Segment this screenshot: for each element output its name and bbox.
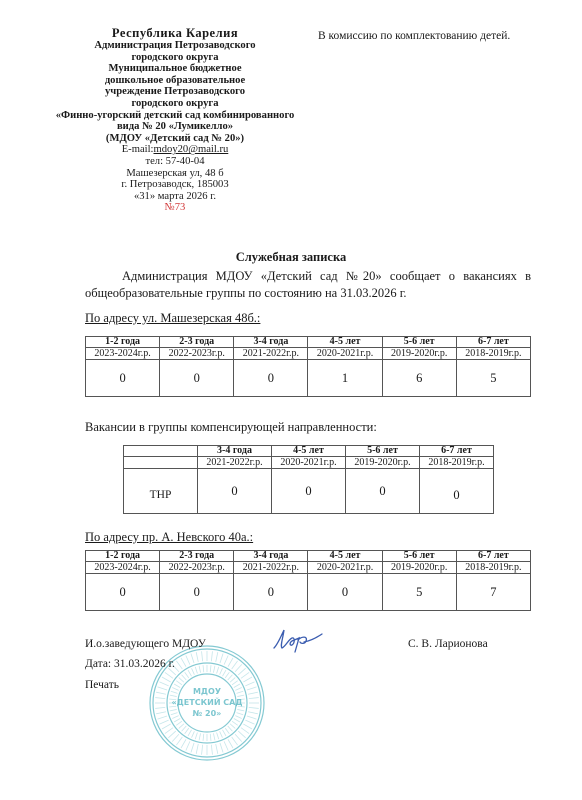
birth-year-header: 2021-2022г.р. [198,457,272,469]
age-group-header: 4-5 лет [272,446,346,457]
birth-year-header: 2020-2021г.р. [272,457,346,469]
birth-year-header: 2022-2023г.р. [160,562,234,574]
letterhead-line: вида № 20 «Лумикелло» [40,121,310,133]
vacancy-count: 0 [86,360,160,397]
vacancy-count: 5 [456,360,530,397]
age-group-header: 2-3 года [160,337,234,348]
letterhead-city: г. Петрозаводск, 185003 [40,179,310,191]
compensatory-groups-heading: Вакансии в группы компенсирующей направл… [85,420,377,435]
letterhead-line: (МДОУ «Детский сад № 20») [40,133,310,145]
letterhead: Республика Карелия Администрация Петроза… [40,27,310,214]
vacancy-count: 0 [160,360,234,397]
letterhead-line: городского округа [40,98,310,110]
vacancy-count: 0 [160,574,234,611]
vacancy-count: 1 [308,360,382,397]
age-group-header: 4-5 лет [308,337,382,348]
age-group-header: 3-4 года [234,551,308,562]
age-group-header: 3-4 года [234,337,308,348]
birth-year-header: 2020-2021г.р. [308,562,382,574]
birth-year-header: 2021-2022г.р. [234,562,308,574]
letterhead-street: Машезерская ул, 48 б [40,168,310,180]
letterhead-line: Муниципальное бюджетное [40,63,310,75]
vacancy-count: 0 [234,360,308,397]
age-group-header: 4-5 лет [308,551,382,562]
birth-year-header: 2018-2019г.р. [456,562,530,574]
birth-year-header: 2019-2020г.р. [346,457,420,469]
letterhead-line: «Финно-угорский детский сад комбинирован… [40,110,310,122]
vacancy-count: 7 [456,574,530,611]
age-group-header: 6-7 лет [456,337,530,348]
birth-year-header: 2018-2019г.р. [456,348,530,360]
letterhead-line: городского округа [40,52,310,64]
vacancy-count: 0 [346,469,420,514]
signature-date: Дата: 31.03.2026 г. [85,658,175,670]
signature-icon [268,626,328,654]
birth-year-header: 2023-2024г.р. [86,562,160,574]
age-group-header: 5-6 лет [346,446,420,457]
vacancy-count: 0 [308,574,382,611]
registration-number: №73 [40,202,310,214]
address-heading-nevskogo: По адресу пр. А. Невского 40а.: [85,530,253,545]
vacancy-count: 0 [86,574,160,611]
age-group-header: 1-2 года [86,337,160,348]
age-group-header: 3-4 года [198,446,272,457]
memo-title: Служебная записка [0,250,582,265]
vacancy-count: 0 [234,574,308,611]
vacancy-count: 6 [382,360,456,397]
vacancy-count: 5 [382,574,456,611]
letterhead-line: Администрация Петрозаводского [40,40,310,52]
age-group-header: 1-2 года [86,551,160,562]
seal-label: Печать [85,679,119,691]
birth-year-header: 2020-2021г.р. [308,348,382,360]
signatory-name: С. В. Ларионова [408,638,488,650]
letterhead-email: E-mail:mdoy20@mail.ru [40,144,310,156]
email-link[interactable]: mdoy20@mail.ru [153,144,228,155]
age-group-header: 6-7 лет [456,551,530,562]
row-label-tnr: ТНР [124,469,198,514]
email-label: E-mail: [122,144,154,155]
stamp-line: «ДЕТСКИЙ САД [172,696,243,707]
stamp-line: МДОУ [193,687,221,696]
age-group-header: 2-3 года [160,551,234,562]
empty-header-cell [124,457,198,469]
address-heading-mashezerskaya: По адресу ул. Машезерская 48б.: [85,311,260,326]
birth-year-header: 2018-2019г.р. [420,457,494,469]
birth-year-header: 2019-2020г.р. [382,348,456,360]
birth-year-header: 2022-2023г.р. [160,348,234,360]
vacancy-count: 0 [272,469,346,514]
birth-year-header: 2021-2022г.р. [234,348,308,360]
addressee: В комиссию по комплектованию детей. [318,30,510,42]
vacancy-table-nevskogo: 1-2 года 2-3 года 3-4 года 4-5 лет 5-6 л… [85,550,531,611]
vacancy-count: 0 [198,469,272,514]
empty-header-cell [124,446,198,457]
vacancy-count: 0 [420,469,494,514]
letterhead-line: учреждение Петрозаводского [40,86,310,98]
letterhead-region: Республика Карелия [40,27,310,40]
vacancy-table-compensatory: 3-4 года 4-5 лет 5-6 лет 6-7 лет 2021-20… [123,445,494,514]
birth-year-header: 2019-2020г.р. [382,562,456,574]
stamp-line: № 20» [193,709,222,718]
age-group-header: 5-6 лет [382,551,456,562]
vacancy-table-mashezerskaya: 1-2 года 2-3 года 3-4 года 4-5 лет 5-6 л… [85,336,531,397]
signatory-role: И.о.заведующего МДОУ [85,638,206,650]
memo-paragraph: Администрация МДОУ «Детский сад №20» соо… [85,268,531,302]
letterhead-date: «31» марта 2026 г. [40,191,310,203]
age-group-header: 6-7 лет [420,446,494,457]
letterhead-line: дошкольное образовательное [40,75,310,87]
age-group-header: 5-6 лет [382,337,456,348]
birth-year-header: 2023-2024г.р. [86,348,160,360]
letterhead-phone: тел: 57-40-04 [40,156,310,168]
